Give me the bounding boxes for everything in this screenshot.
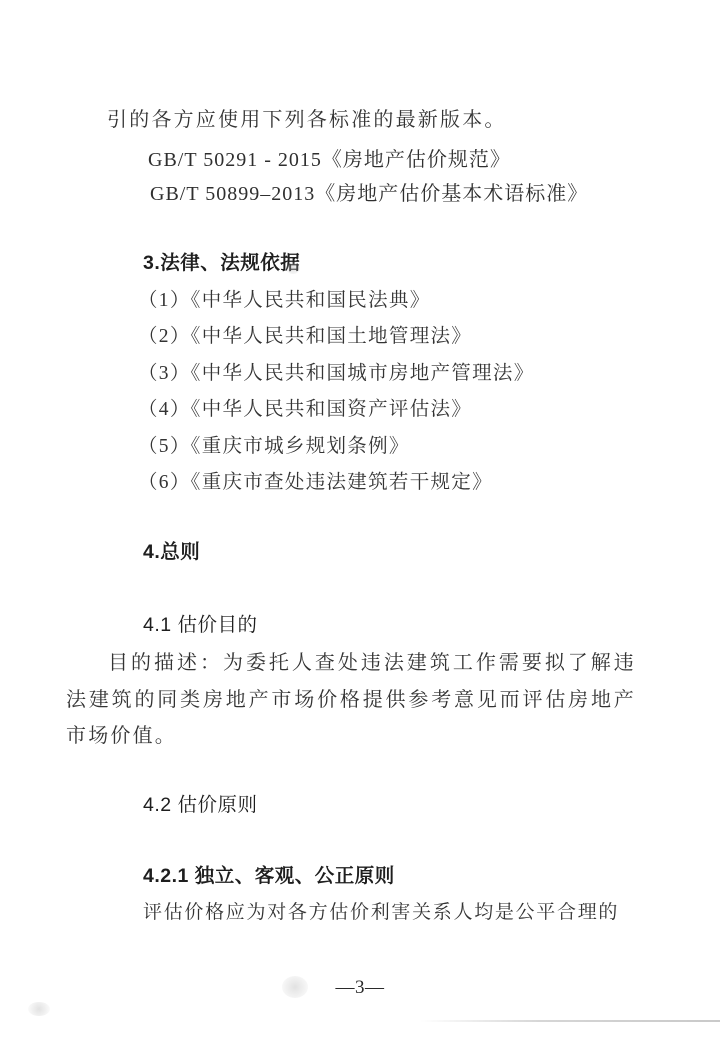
section-3-heading: 3.法律、法规依据	[143, 247, 300, 275]
purpose-paragraph: 目的描述：为委托人查处违法建筑工作需要拟了解违法建筑的同类房地产市场价格提供参考…	[66, 645, 636, 755]
law-item-2: （2）《中华人民共和国土地管理法》	[138, 320, 472, 348]
page-number: —3—	[0, 977, 720, 999]
law-item-3: （3）《中华人民共和国城市房地产管理法》	[138, 357, 535, 385]
standard-line-1: GB/T 50291 - 2015《房地产估价规范》	[148, 143, 511, 172]
principle-paragraph-line: 评估价格应为对各方估价利害关系人均是公平合理的	[143, 897, 619, 924]
law-item-1: （1）《中华人民共和国民法典》	[138, 284, 431, 312]
section-4-2-1-heading: 4.2.1 独立、客观、公正原则	[143, 860, 395, 888]
scan-artifact-line	[420, 1020, 720, 1022]
law-item-4: （4）《中华人民共和国资产评估法》	[138, 393, 472, 421]
continuation-line: 引的各方应使用下列各标准的最新版本。	[107, 103, 507, 132]
section-4-1-heading: 4.1 估价目的	[143, 609, 258, 637]
scan-speckle	[286, 262, 300, 274]
section-4-heading: 4.总则	[143, 536, 200, 564]
law-item-6: （6）《重庆市查处违法建筑若干规定》	[138, 466, 493, 494]
law-item-5: （5）《重庆市城乡规划条例》	[138, 430, 410, 458]
standard-line-2: GB/T 50899–2013《房地产估价基本术语标准》	[150, 177, 588, 206]
scan-speckle	[282, 976, 308, 998]
document-page: 引的各方应使用下列各标准的最新版本。 GB/T 50291 - 2015《房地产…	[0, 0, 720, 1040]
scan-speckle	[28, 1002, 50, 1016]
section-4-2-heading: 4.2 估价原则	[143, 789, 258, 817]
